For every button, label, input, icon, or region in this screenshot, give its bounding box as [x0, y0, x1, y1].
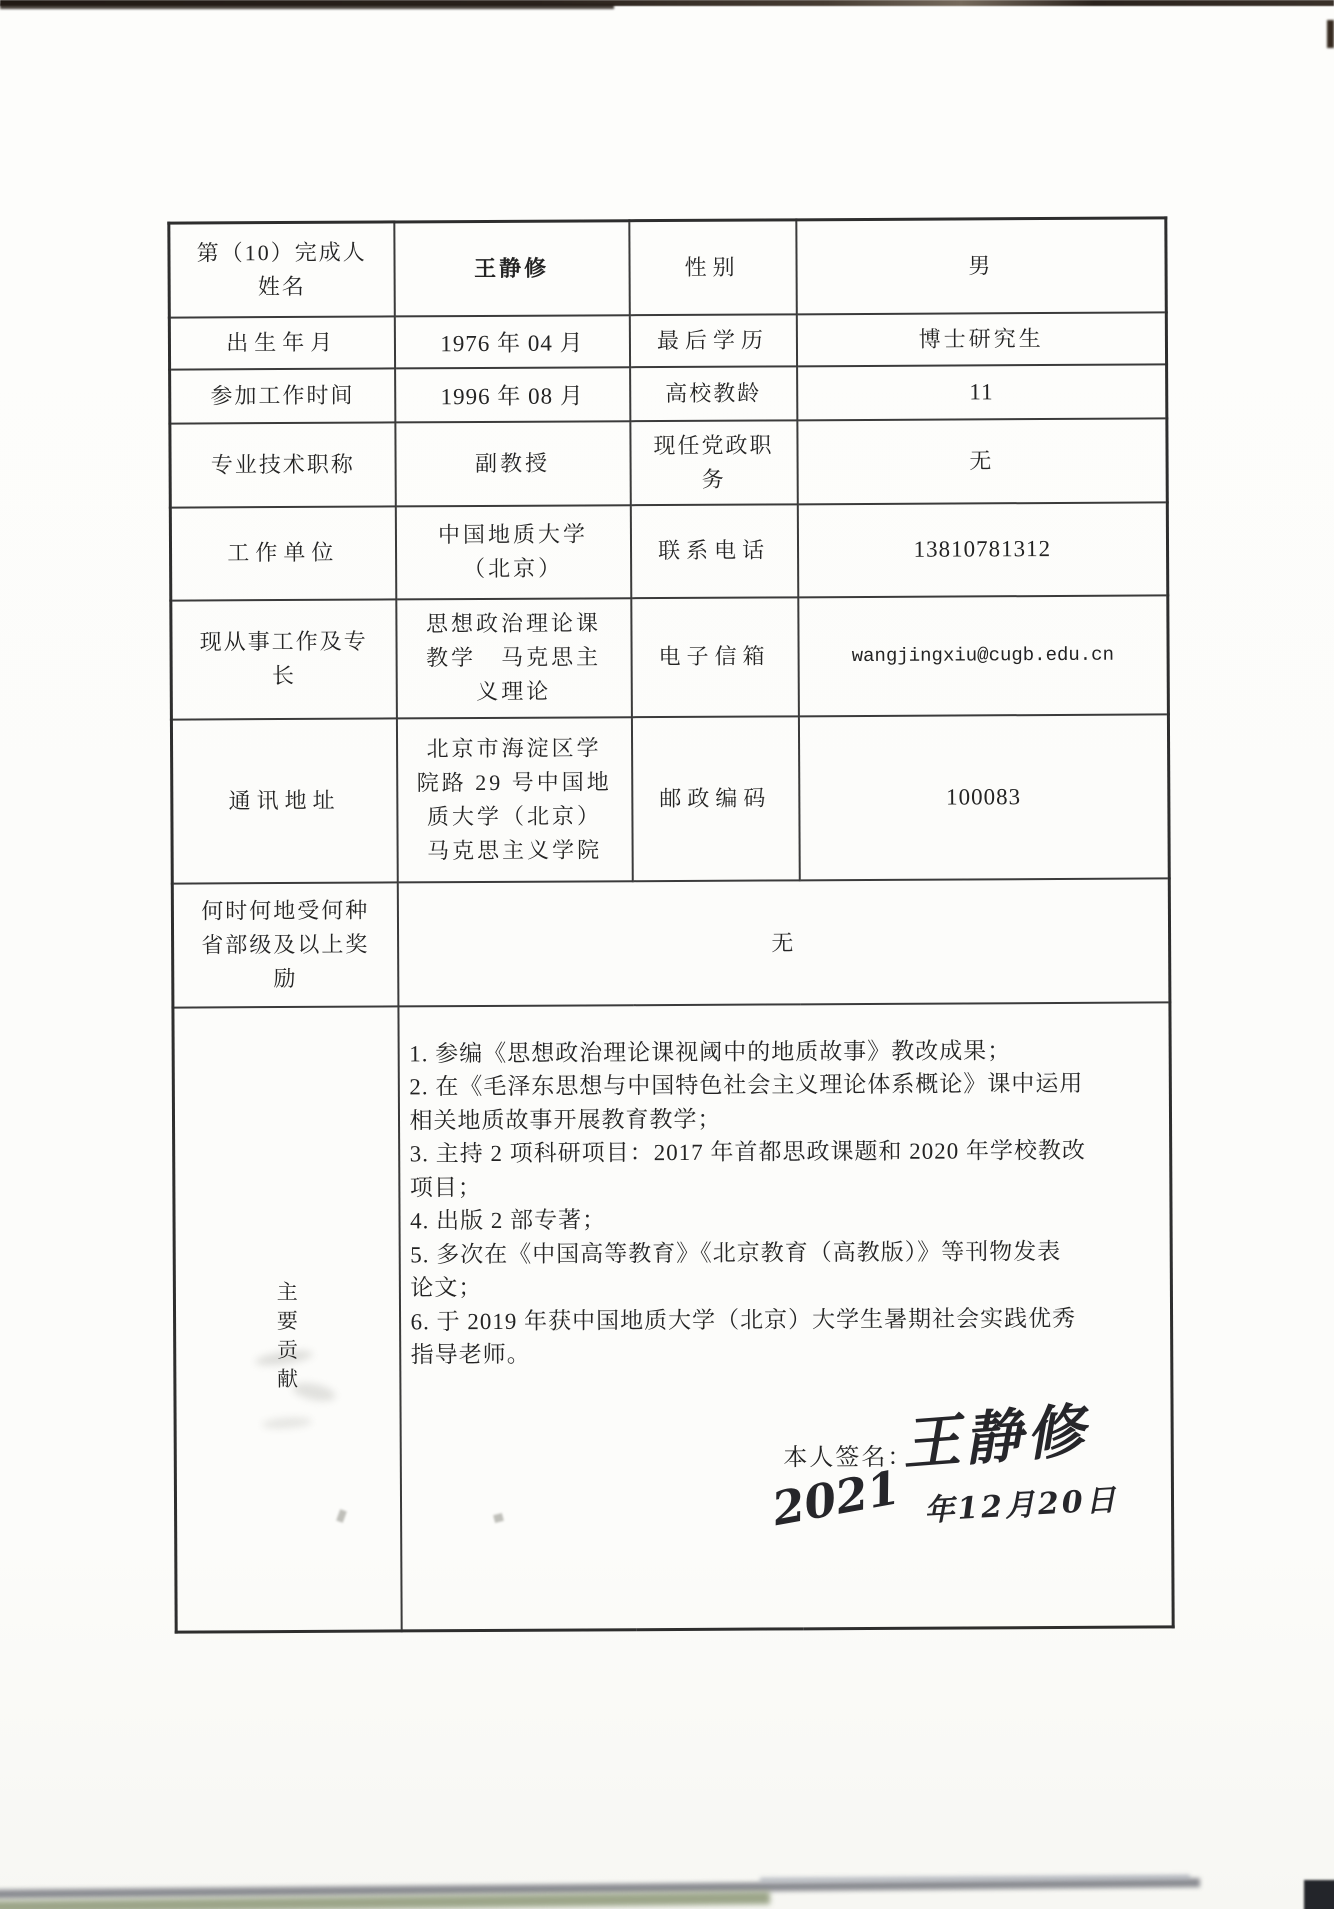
main-contributions-text: 1. 参编《思想政治理论课视阈中的地质故事》教改成果； 2. 在《毛泽东思想与中…: [409, 1033, 1156, 1372]
value-birth-date: 1976 年 04 月: [394, 315, 629, 368]
label-main-contributions: 主 要 贡 献: [173, 1006, 401, 1632]
value-work-start-date: 1996 年 08 月: [395, 367, 630, 422]
table-row: 通讯地址 北京市海淀区学 院路 29 号中国地 质大学（北京） 马克思主义学院 …: [171, 714, 1169, 883]
value-employer: 中国地质大学 （北京）: [395, 505, 630, 599]
value-completer-name: 王静修: [394, 221, 629, 316]
label-phone: 联系电话: [630, 504, 797, 598]
label-employer: 工作单位: [170, 506, 395, 600]
label-completer-name: 第（10）完成人 姓名: [169, 222, 394, 317]
scan-artifact-top-edge-thick: [0, 4, 614, 9]
signature-date-handwritten: 年12月20日: [922, 1474, 1119, 1529]
value-teaching-years: 11: [797, 364, 1167, 420]
scan-artifact-top-right: [1327, 20, 1334, 48]
value-mailing-address: 北京市海淀区学 院路 29 号中国地 质大学（北京） 马克思主义学院: [396, 717, 632, 882]
value-main-contributions: 1. 参编《思想政治理论课视阈中的地质故事》教改成果； 2. 在《毛泽东思想与中…: [398, 1002, 1173, 1631]
scan-artifact-bottom-right: [1304, 1880, 1334, 1909]
main-contributions-area: 1. 参编《思想政治理论课视阈中的地质故事》教改成果； 2. 在《毛泽东思想与中…: [399, 1021, 1172, 1611]
label-work-start-date: 参加工作时间: [170, 368, 395, 423]
label-professional-title: 专业技术职称: [170, 422, 395, 507]
value-professional-title: 副教授: [395, 421, 630, 506]
value-last-degree: 博士研究生: [796, 312, 1166, 366]
label-current-work: 现从事工作及专 长: [171, 599, 397, 719]
table-row: 何时何地受何种 省部级及以上奖 励 无: [172, 878, 1170, 1007]
label-email: 电子信箱: [631, 597, 799, 717]
table-row: 参加工作时间 1996 年 08 月 高校教龄 11: [170, 364, 1167, 423]
value-party-position: 无: [797, 418, 1167, 504]
value-postal-code: 100083: [798, 714, 1169, 880]
label-last-degree: 最后学历: [629, 314, 796, 367]
label-postal-code: 邮政编码: [631, 716, 799, 881]
completer-info-table: 第（10）完成人 姓名 王静修 性别 男 出生年月 1976 年 04 月 最后…: [167, 216, 1174, 1633]
table-row: 第（10）完成人 姓名 王静修 性别 男: [169, 218, 1166, 317]
table-row: 工作单位 中国地质大学 （北京） 联系电话 13810781312: [170, 502, 1167, 600]
main-contributions-vertical-text: 主 要 贡 献: [176, 1243, 399, 1394]
value-phone: 13810781312: [797, 502, 1167, 597]
label-birth-date: 出生年月: [169, 316, 394, 369]
label-party-position: 现任党政职 务: [630, 420, 797, 505]
label-mailing-address: 通讯地址: [171, 718, 397, 883]
value-current-work: 思想政治理论课 教学 马克思主 义理论: [396, 598, 632, 718]
value-gender: 男: [796, 218, 1166, 314]
label-awards: 何时何地受何种 省部级及以上奖 励: [172, 882, 398, 1007]
table-row: 专业技术职称 副教授 现任党政职 务 无: [170, 418, 1167, 507]
value-awards: 无: [397, 878, 1170, 1006]
label-teaching-years: 高校教龄: [630, 366, 797, 421]
scanned-form-page: 第（10）完成人 姓名 王静修 性别 男 出生年月 1976 年 04 月 最后…: [0, 0, 1334, 1909]
table-row: 现从事工作及专 长 思想政治理论课 教学 马克思主 义理论 电子信箱 wangj…: [171, 595, 1169, 719]
label-gender: 性别: [629, 220, 796, 315]
table-row: 主 要 贡 献 1. 参编《思想政治理论课视阈中的地质故事》教改成果； 2. 在…: [173, 1002, 1173, 1632]
table-row: 出生年月 1976 年 04 月 最后学历 博士研究生: [169, 312, 1166, 369]
signature-name-handwritten: 王静修: [898, 1383, 1090, 1481]
value-email: wangjingxiu@cugb.edu.cn: [798, 595, 1169, 716]
